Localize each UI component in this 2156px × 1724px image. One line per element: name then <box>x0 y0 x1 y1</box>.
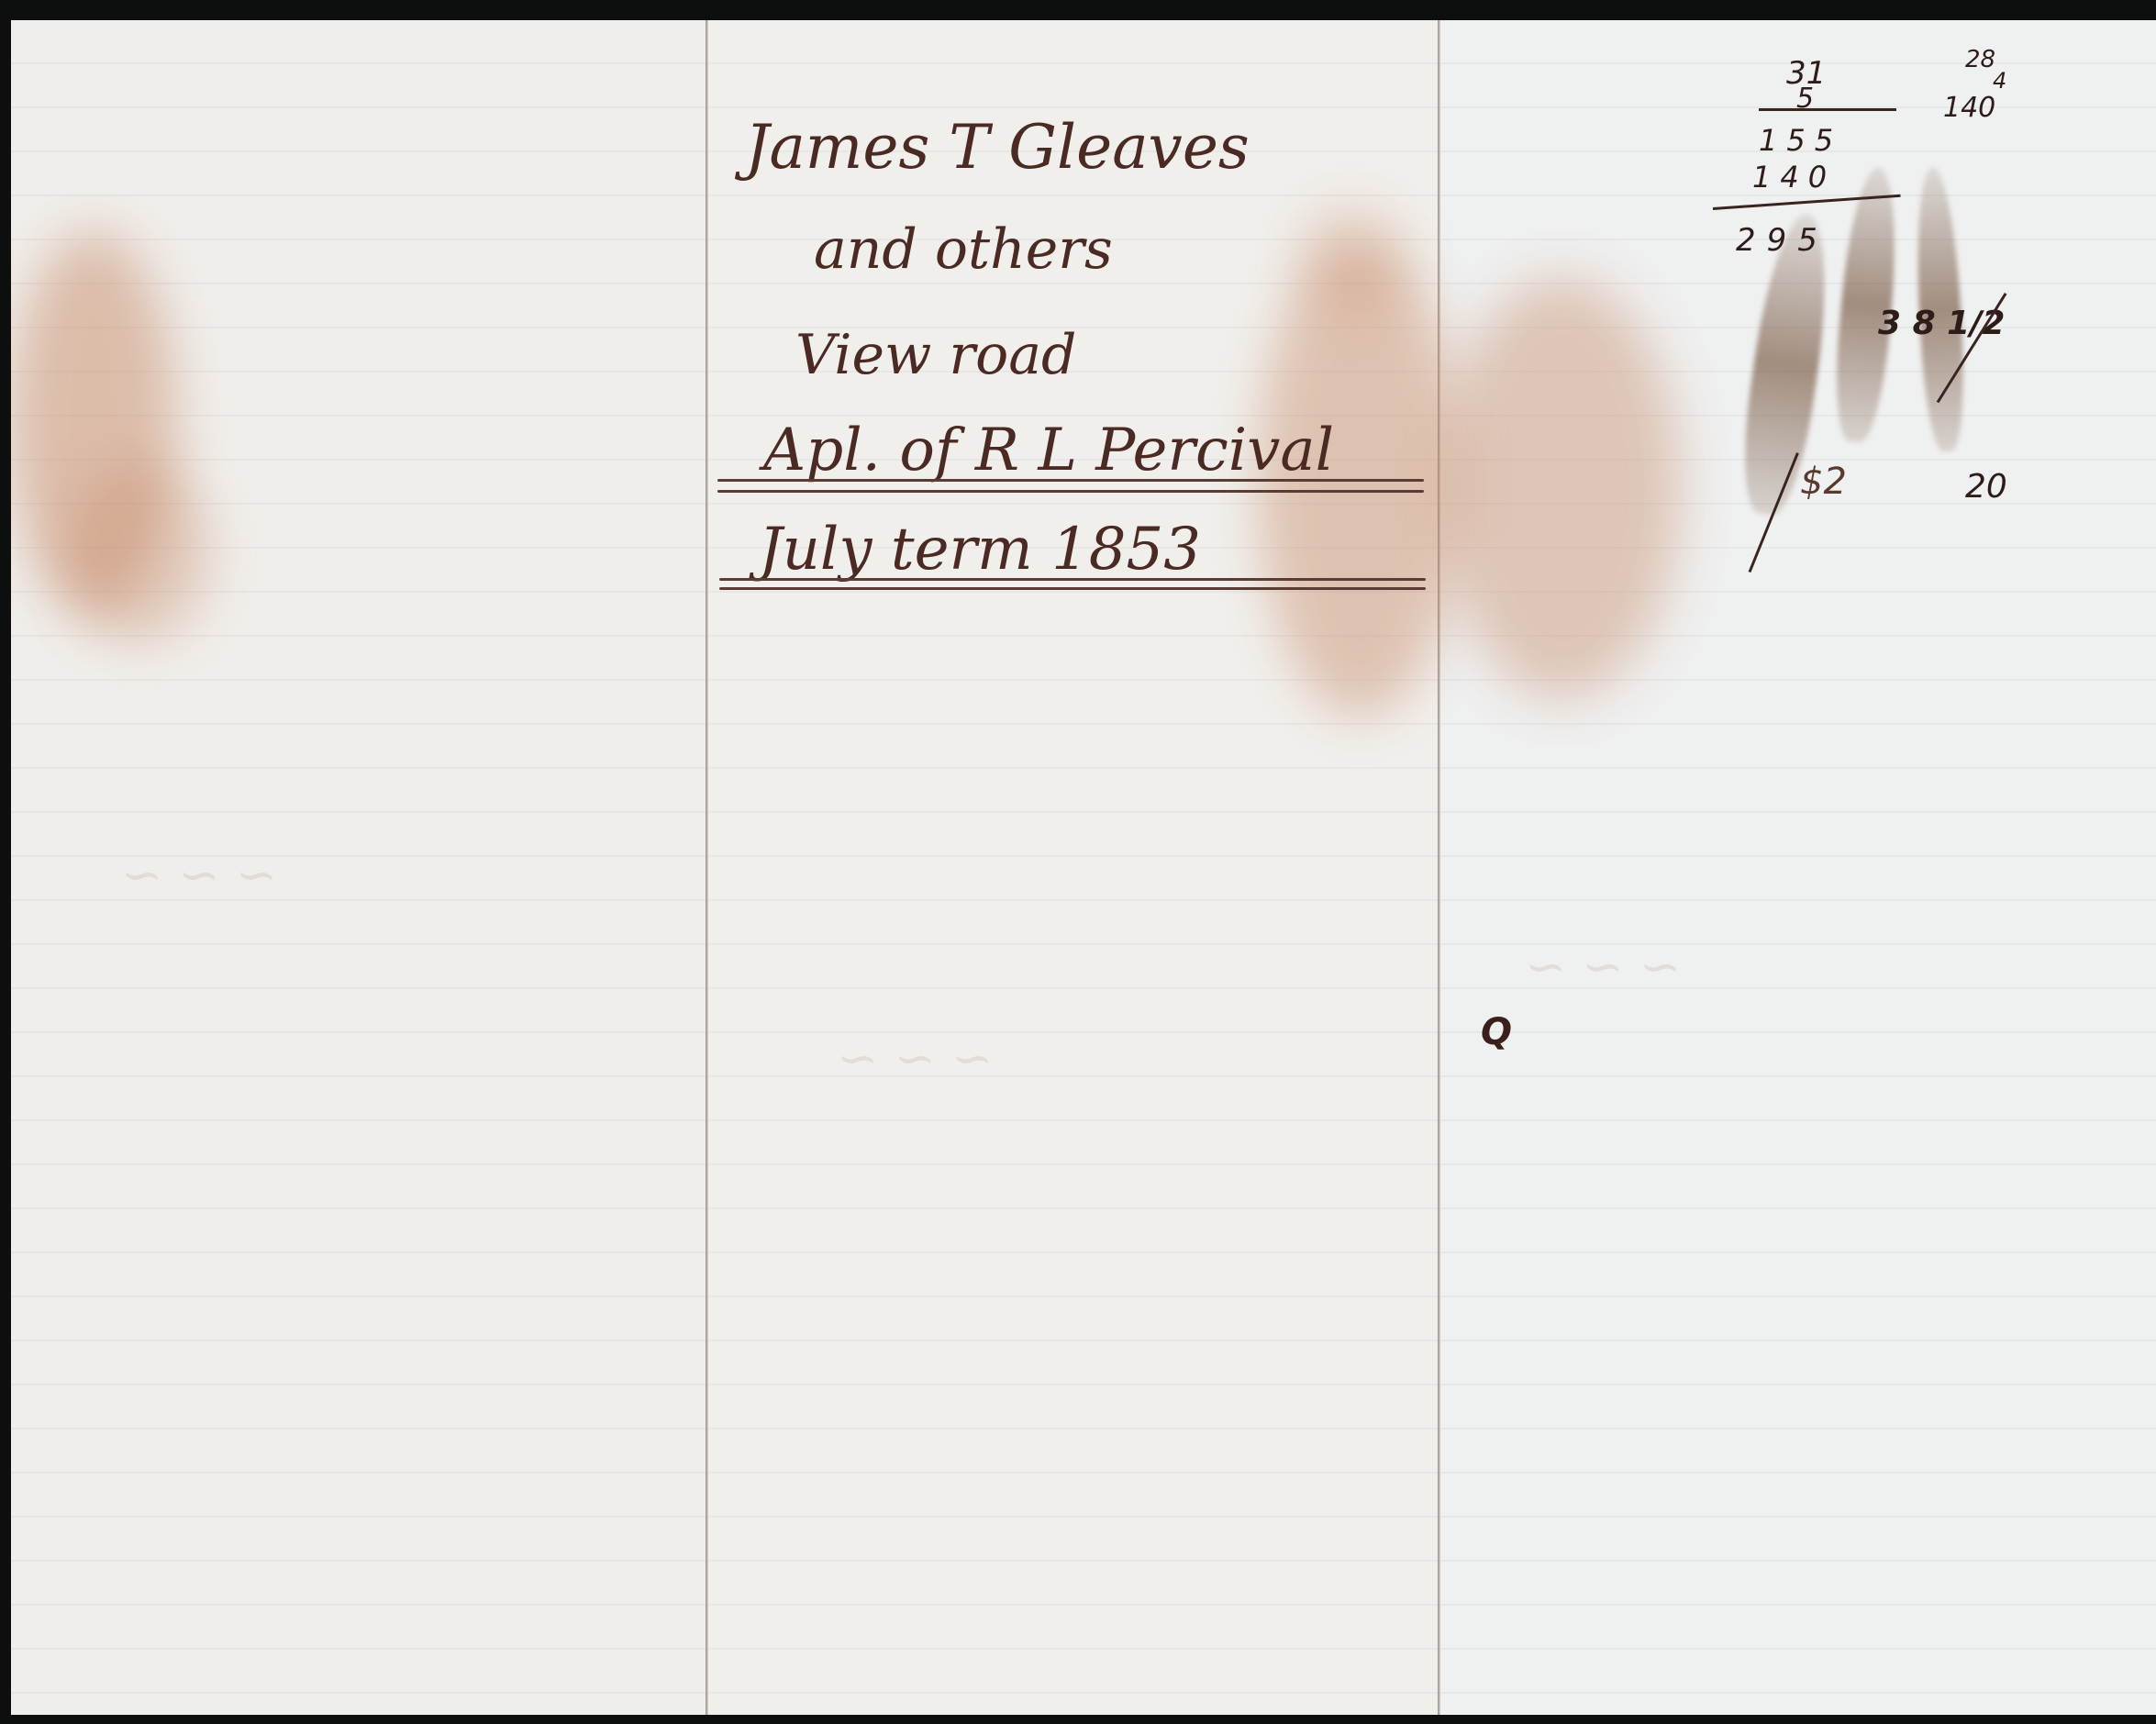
docket-line-3: View road <box>795 323 1076 387</box>
bleed-through-text: ~ ~ ~ <box>837 1029 993 1087</box>
calc-rule-1 <box>1759 108 1896 111</box>
calc-col1-row5: 295 <box>1736 222 1828 259</box>
margin-mark: Q <box>1481 1011 1512 1053</box>
stain-top-center <box>1295 204 1406 314</box>
docket-line-2: and others <box>814 217 1113 282</box>
double-rule-2a <box>719 578 1426 581</box>
calc-col2-row3: 140 <box>1943 92 1995 124</box>
document-sheet: ~ ~ ~ ~ ~ ~ ~ ~ ~ James T Gleaves and ot… <box>11 20 2156 1715</box>
bleed-through-text: ~ ~ ~ <box>1525 938 1681 995</box>
double-rule-1b <box>717 490 1424 493</box>
fold-line-left <box>706 20 708 1715</box>
double-rule-1a <box>717 479 1424 482</box>
fee-cents: 20 <box>1965 468 2007 506</box>
fee-dollars: $2 <box>1800 461 1847 503</box>
calc-col1-row3: 155 <box>1759 123 1842 158</box>
docket-line-4: Apl. of R L Percival <box>763 417 1334 484</box>
stain-right <box>1442 277 1681 699</box>
calc-col2-row1: 28 <box>1965 46 1995 73</box>
double-rule-2b <box>719 587 1426 590</box>
stain-left-2 <box>66 461 213 644</box>
calc-col2-row2: 4 <box>1993 68 2006 94</box>
docket-line-1: James T Gleaves <box>745 112 1250 183</box>
bleed-through-text: ~ ~ ~ <box>121 846 277 904</box>
fold-line-right <box>1438 20 1440 1715</box>
calc-col1-row4: 140 <box>1752 160 1836 195</box>
docket-line-5: July term 1853 <box>759 516 1201 584</box>
